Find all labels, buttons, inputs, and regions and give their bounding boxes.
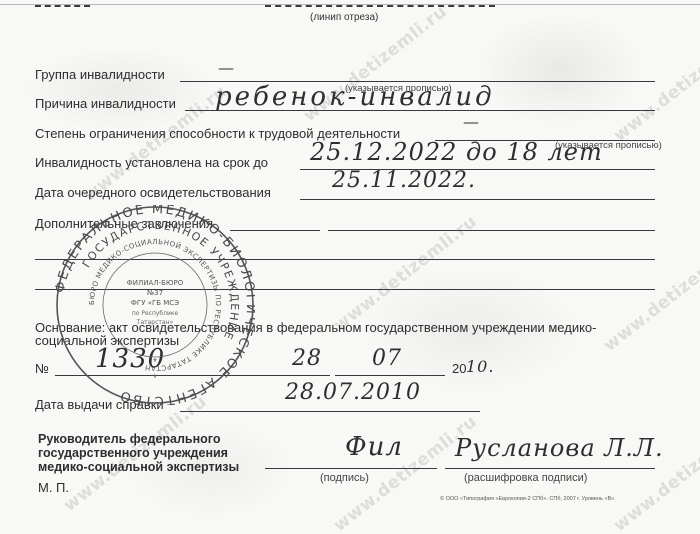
signature-value: Фил bbox=[345, 432, 403, 462]
document-page: www.detizemli.ru www.detizemli.ru www.de… bbox=[0, 0, 700, 534]
signature-decode-caption: (расшифровка подписи) bbox=[464, 472, 587, 484]
official-stamp: ФЕДЕРАЛЬНОЕ МЕДИКО-БИОЛОГИЧЕСКОЕ АГЕНТСТ… bbox=[55, 205, 255, 405]
printer-note: © ООО «Типография «Еврокопия-2 СПб». СПб… bbox=[440, 496, 616, 502]
next-exam-value: 25.11.2022. bbox=[332, 168, 476, 193]
watermark: www.detizemli.ru bbox=[610, 22, 700, 146]
signature-caption: (подпись) bbox=[320, 472, 369, 484]
issue-date-value: 28.07.2010 bbox=[285, 380, 421, 405]
term-label: Инвалидность установлена на срок до bbox=[35, 155, 268, 170]
term-value: 25.12.2022 до 18 лет bbox=[310, 138, 603, 166]
head-title-line3: медико-социальной экспертизы bbox=[38, 460, 239, 474]
act-number-label: № bbox=[35, 361, 49, 376]
act-day-value: 28 bbox=[292, 346, 322, 371]
watermark: www.detizemli.ru bbox=[610, 412, 700, 534]
stamp-center-line2: №37 bbox=[147, 289, 163, 297]
cut-line-left bbox=[35, 5, 90, 7]
act-year-value: 10. bbox=[466, 357, 494, 376]
next-exam-field-line bbox=[300, 199, 655, 200]
stamp-center-line4: по Республике bbox=[132, 310, 179, 317]
group-label: Группа инвалидности bbox=[35, 67, 165, 82]
next-exam-label: Дата очередного освидетельствования bbox=[35, 185, 271, 200]
stamp-center-line1: ФИЛИАЛ-БЮРО bbox=[127, 279, 184, 287]
additional-field-line-2 bbox=[328, 230, 655, 231]
head-title-line1: Руководитель федерального bbox=[38, 432, 220, 446]
signature-line bbox=[265, 468, 437, 469]
cut-line-caption: (линип отреза) bbox=[310, 12, 378, 23]
issue-date-line bbox=[180, 411, 480, 412]
cut-line-right bbox=[265, 5, 495, 7]
reason-label: Причина инвалидности bbox=[35, 96, 176, 111]
head-title-line2: государственного учреждения bbox=[38, 446, 228, 460]
act-year-prefix: 20 bbox=[452, 361, 466, 376]
signature-decode-value: Русланова Л.Л. bbox=[455, 434, 664, 462]
seal-place-label: М. П. bbox=[38, 480, 69, 495]
act-month-value: 07 bbox=[372, 346, 402, 371]
stamp-center-line5: Татарстан» bbox=[136, 319, 174, 326]
stamp-center-line3: ФГУ «ГБ МСЭ bbox=[131, 299, 179, 307]
reason-value: ребенок-инвалид bbox=[215, 82, 495, 112]
restriction-value: — bbox=[463, 112, 480, 131]
signature-decode-line bbox=[445, 468, 655, 469]
watermark: www.detizemli.ru bbox=[600, 232, 700, 356]
act-month-line bbox=[335, 375, 445, 376]
stamp-star-icon: * bbox=[153, 357, 157, 368]
stamp-star-icon: * bbox=[153, 373, 157, 384]
group-value: — bbox=[218, 58, 235, 77]
